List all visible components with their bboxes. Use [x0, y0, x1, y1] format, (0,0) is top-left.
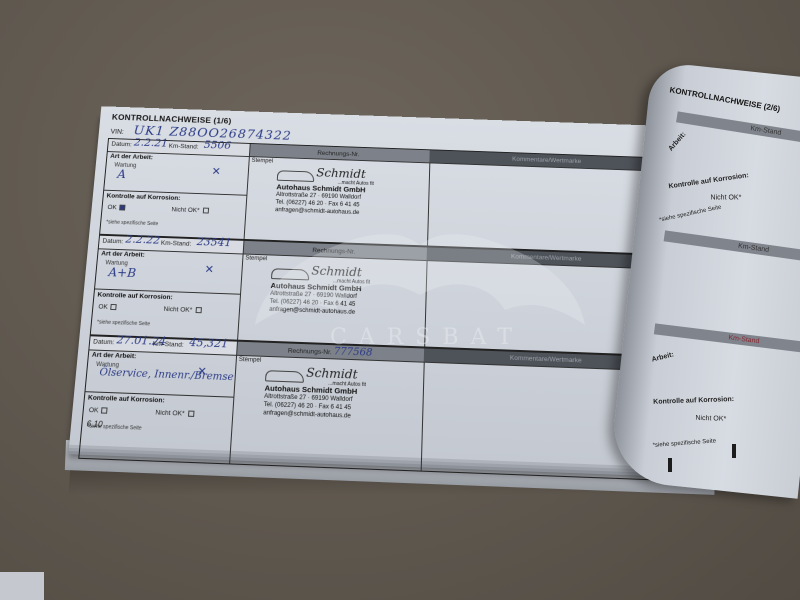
entry-stamp-section: Rechnungs-Nr.777568 Stempel Schmidt ...m… — [229, 342, 425, 471]
right-not-ok-label: Nicht OK* — [711, 195, 742, 202]
invoice-number: Rechnungs-Nr. — [249, 145, 430, 162]
invoice-label: Rechnungs-Nr. — [288, 348, 332, 357]
vin-label: VIN: — [110, 129, 124, 136]
entry-comments-section: Kommentare/Wertmarke — [427, 150, 666, 254]
right-corrosion-label: Kontrolle auf Korrosion: — [668, 172, 749, 190]
stamp-label: Stempel — [245, 256, 267, 263]
right-km-label-3: Km-Stand — [728, 334, 760, 345]
right-page-title: KONTROLLNACHWEISE (2/6) — [669, 85, 781, 113]
not-ok-option[interactable]: Nicht OK* — [163, 306, 201, 314]
service-entry: Datum: 27.01.24 Km-Stand: 45,321 Art der… — [78, 335, 671, 481]
service-value: Ölservice, Innenr./Bremse — [99, 367, 234, 383]
ok-checkbox[interactable] — [101, 408, 108, 414]
service-checkbox[interactable]: ✕ — [211, 165, 221, 178]
stamp-label: Stempel — [239, 357, 262, 364]
car-logo-icon — [277, 170, 315, 182]
not-ok-label: Nicht OK* — [163, 306, 192, 314]
not-ok-checkbox[interactable] — [195, 307, 201, 313]
ok-checkbox[interactable] — [119, 205, 125, 211]
page-tab-mark-right — [732, 444, 736, 458]
page-number: 6.10 — [86, 419, 103, 429]
right-not-ok-label-3: Nicht OK* — [695, 415, 726, 423]
corrosion-check-label: Kontrolle auf Korrosion: — [88, 394, 165, 404]
service-booklet: KONTROLLNACHWEISE (1/6) VIN: UK1 Z88OO26… — [0, 0, 800, 600]
not-ok-checkbox[interactable] — [202, 208, 208, 214]
right-work-label-3: Arbeit: — [651, 351, 675, 363]
ok-option[interactable]: OK — [89, 407, 108, 415]
work-type-label: Art der Arbeit: — [101, 250, 145, 258]
service-checkbox[interactable]: ✕ — [204, 263, 214, 276]
stamp-brand: Schmidt — [316, 166, 366, 181]
service-checkbox[interactable]: ✕ — [197, 365, 207, 379]
dealer-stamp: Schmidt ...macht Autos fit Autohaus Schm… — [269, 265, 421, 319]
service-value: A+B — [108, 265, 137, 280]
right-km-band: Km-Stand — [676, 111, 800, 150]
car-logo-icon — [265, 370, 304, 383]
right-km-band-3: Km-Stand — [654, 323, 800, 356]
ok-label: OK — [107, 204, 117, 211]
footnote: *siehe spezifische Seite — [97, 319, 151, 327]
work-type-label: Art der Arbeit: — [110, 153, 153, 161]
ok-label: OK — [98, 304, 108, 311]
right-work-label: Arbeit: — [667, 131, 687, 153]
stamp-brand: Schmidt — [311, 264, 362, 280]
right-km-label: Km-Stand — [750, 125, 782, 137]
right-corrosion-label-3: Kontrolle auf Korrosion: — [653, 396, 734, 406]
not-ok-label: Nicht OK* — [155, 409, 185, 417]
not-ok-option[interactable]: Nicht OK* — [155, 409, 194, 418]
stamp-brand: Schmidt — [306, 366, 358, 382]
right-km-band-2: Km-Stand — [664, 230, 800, 266]
invoice-label: Rechnungs-Nr. — [317, 150, 360, 158]
service-value: A — [117, 167, 127, 181]
right-footnote-3: *siehe spezifische Seite — [653, 438, 717, 448]
ok-label: OK — [89, 407, 99, 415]
watermark-text: CARSBAT — [330, 325, 524, 350]
left-page: KONTROLLNACHWEISE (1/6) VIN: UK1 Z88OO26… — [69, 106, 679, 467]
corrosion-check-label: Kontrolle auf Korrosion: — [97, 292, 173, 302]
stamp-label: Stempel — [251, 158, 273, 164]
ok-option[interactable]: OK — [107, 204, 126, 211]
ok-checkbox[interactable] — [111, 304, 118, 310]
not-ok-label: Nicht OK* — [171, 206, 200, 214]
invoice-label: Rechnungs-Nr. — [312, 247, 355, 255]
footnote: *siehe spezifische Seite — [106, 220, 159, 228]
entry-stamp-section: Rechnungs-Nr. Stempel Schmidt ...macht A… — [244, 144, 431, 246]
right-footnote: *siehe spezifische Seite — [659, 204, 722, 223]
not-ok-option[interactable]: Nicht OK* — [171, 206, 208, 214]
page-tab-mark — [668, 458, 672, 472]
dealer-stamp: Schmidt ...macht Autos fit Autohaus Schm… — [263, 367, 418, 423]
car-logo-icon — [271, 268, 309, 280]
corrosion-check-label: Kontrolle auf Korrosion: — [106, 193, 180, 202]
entry-work-section: Art der Arbeit: Wartung Ölservice, Innen… — [79, 336, 238, 463]
entry-work-section: Art der Arbeit: Wartung A ✕ Kontrolle au… — [100, 139, 251, 239]
ok-option[interactable]: OK — [98, 304, 117, 312]
comments-label: Kommentare/Wertmarke — [429, 150, 664, 170]
right-km-label-2: Km-Stand — [738, 243, 770, 254]
dealer-stamp: Schmidt ...macht Autos fit Autohaus Schm… — [275, 167, 424, 219]
not-ok-checkbox[interactable] — [187, 411, 194, 417]
entry-work-section: Art der Arbeit: Wartung A+B ✕ Kontrolle … — [91, 236, 245, 340]
work-type-label: Art der Arbeit: — [92, 352, 137, 361]
